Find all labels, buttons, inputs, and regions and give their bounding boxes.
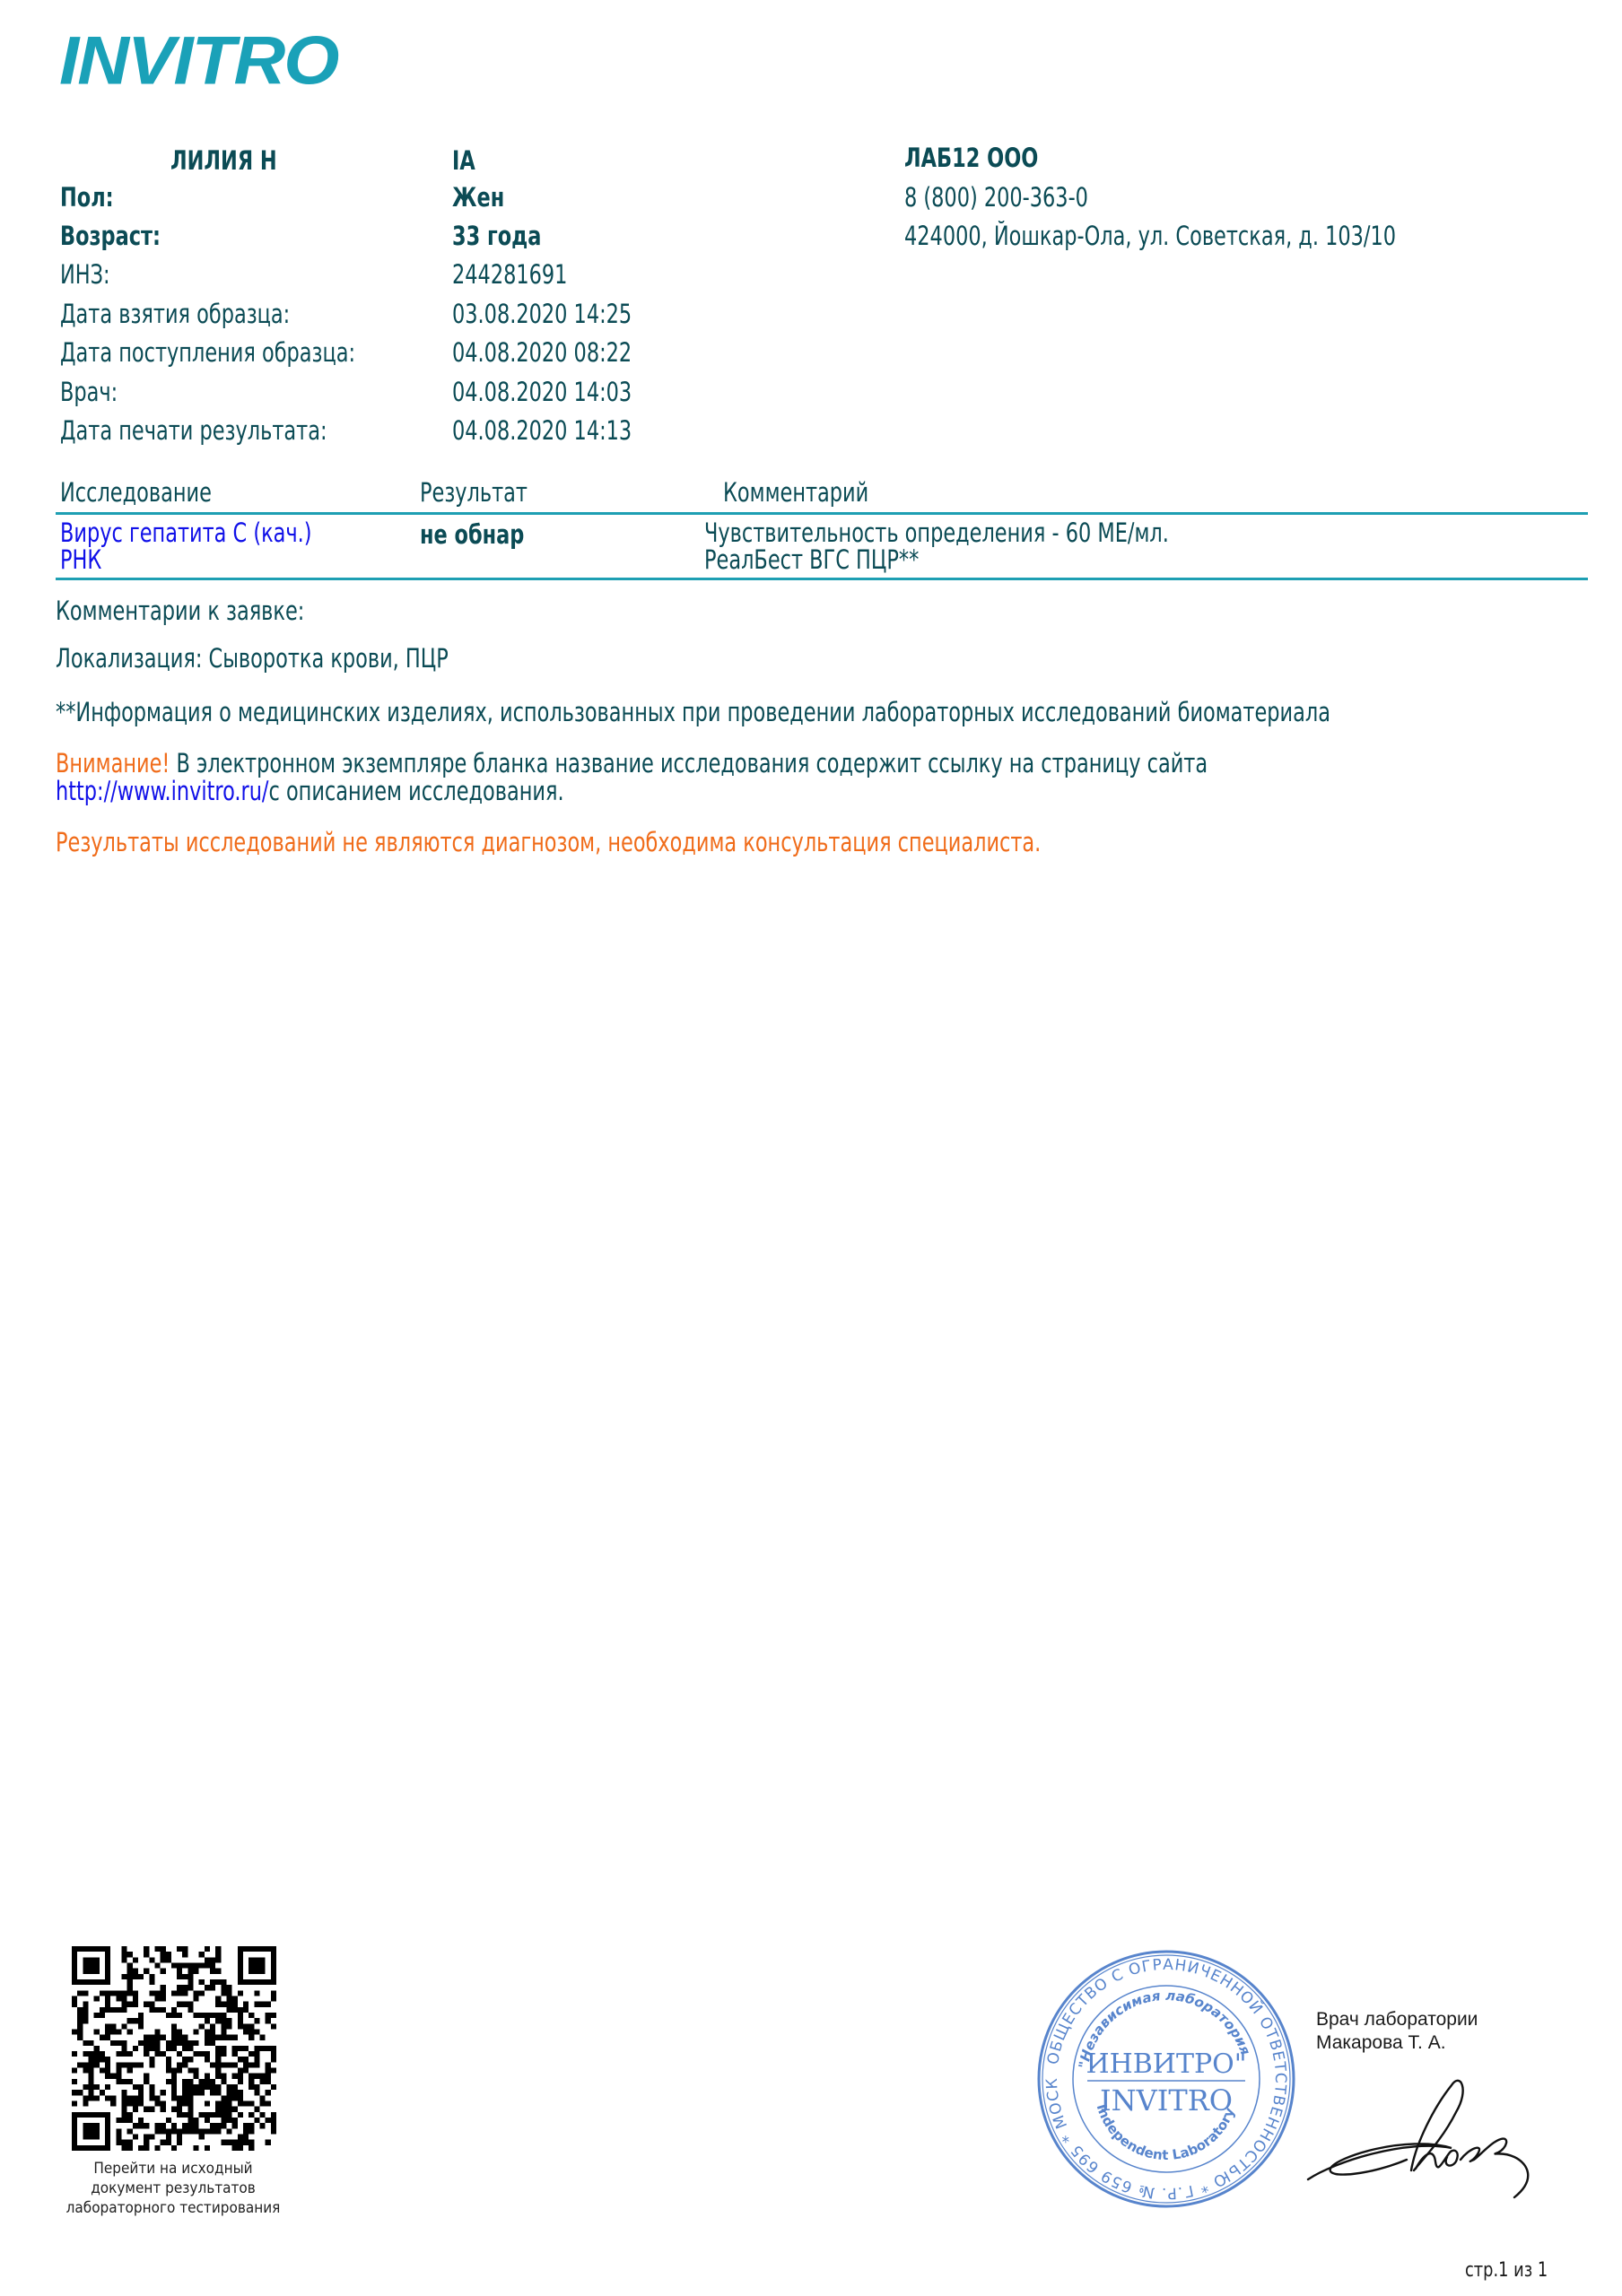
qr-caption-line1: Перейти на исходный	[52, 2159, 294, 2179]
col-header-comment: Комментарий	[723, 480, 868, 506]
localization-note: Локализация: Сыворотка крови, ПЦР	[56, 646, 449, 672]
invitro-logo: INVITRO	[59, 27, 337, 95]
test-name-link[interactable]: Вирус гепатита С (кач.)	[60, 520, 312, 546]
site-link[interactable]: http://www.invitro.ru/	[56, 776, 268, 806]
patient-field-value: 33 года	[452, 223, 541, 249]
test-name-link-line2[interactable]: РНК	[60, 547, 101, 573]
signer-title: Врач лаборатории	[1316, 2009, 1478, 2031]
patient-field-label: Дата взятия образца:	[60, 301, 290, 327]
patient-field-label: Дата печати результата:	[60, 418, 327, 444]
lab-address: 424000, Йошкар-Ола, ул. Советская, д. 10…	[904, 223, 1396, 249]
patient-field-value: 03.08.2020 14:25	[452, 301, 632, 327]
col-header-result: Результат	[420, 480, 528, 506]
patient-name-fragment-1: ЛИЛИЯ Н	[170, 145, 277, 176]
patient-name-fragment-2: ІА	[452, 145, 475, 176]
patient-field-value: 04.08.2020 08:22	[452, 340, 632, 366]
patient-field-label: Дата поступления образца:	[60, 340, 355, 366]
lab-name: ЛАБ12 ООО	[904, 145, 1038, 171]
svg-text:ИНВИТРО": ИНВИТРО"	[1086, 2048, 1246, 2080]
disclaimer: Результаты исследований не являются диаг…	[56, 830, 1041, 856]
laboratory-stamp-icon: ОБЩЕСТВО С ОГРАНИЧЕННОЙ ОТВЕТСТВЕННОСТЬЮ…	[1032, 1944, 1301, 2213]
table-footer-rule	[56, 578, 1588, 580]
table-header-rule	[56, 512, 1588, 515]
attention-note: Внимание! В электронном экземпляре бланк…	[56, 751, 1208, 777]
attention-label: Внимание!	[56, 748, 170, 778]
qr-caption-line3: лабораторного тестирования	[52, 2198, 294, 2218]
patient-field-label: ИНЗ:	[60, 262, 110, 288]
result-comment-line2: РеалБест ВГС ПЦР**	[704, 547, 919, 573]
qr-caption-line2: документ результатов	[52, 2179, 294, 2198]
patient-field-label: Возраст:	[60, 223, 161, 249]
patient-field-value: 04.08.2020 14:03	[452, 379, 632, 405]
patient-field-value: Жен	[452, 185, 504, 211]
patient-field-value: 244281691	[452, 262, 567, 288]
patient-field-value: 04.08.2020 14:13	[452, 418, 632, 444]
page-indicator: стр.1 из 1	[1465, 2259, 1548, 2282]
lab-phone: 8 (800) 200-363-0	[904, 185, 1088, 211]
result-comment-line1: Чувствительность определения - 60 МЕ/мл.	[704, 520, 1169, 546]
site-link-suffix: с описанием исследования.	[268, 776, 563, 806]
col-header-test: Исследование	[60, 480, 212, 506]
order-comments-label: Комментарии к заявке:	[56, 598, 304, 624]
patient-field-label: Пол:	[60, 185, 114, 211]
devices-info-note: **Информация о медицинских изделиях, исп…	[56, 700, 1330, 726]
svg-text:INVITRO: INVITRO	[1100, 2083, 1233, 2118]
signer-name: Макарова Т. А.	[1316, 2032, 1446, 2054]
attention-text: В электронном экземпляре бланка название…	[170, 748, 1208, 778]
qr-code-icon[interactable]	[72, 1946, 276, 2151]
result-value: не обнар	[420, 522, 524, 548]
signature-icon	[1299, 2063, 1568, 2233]
site-link-line: http://www.invitro.ru/с описанием исслед…	[56, 778, 564, 804]
patient-field-label: Врач:	[60, 379, 118, 405]
